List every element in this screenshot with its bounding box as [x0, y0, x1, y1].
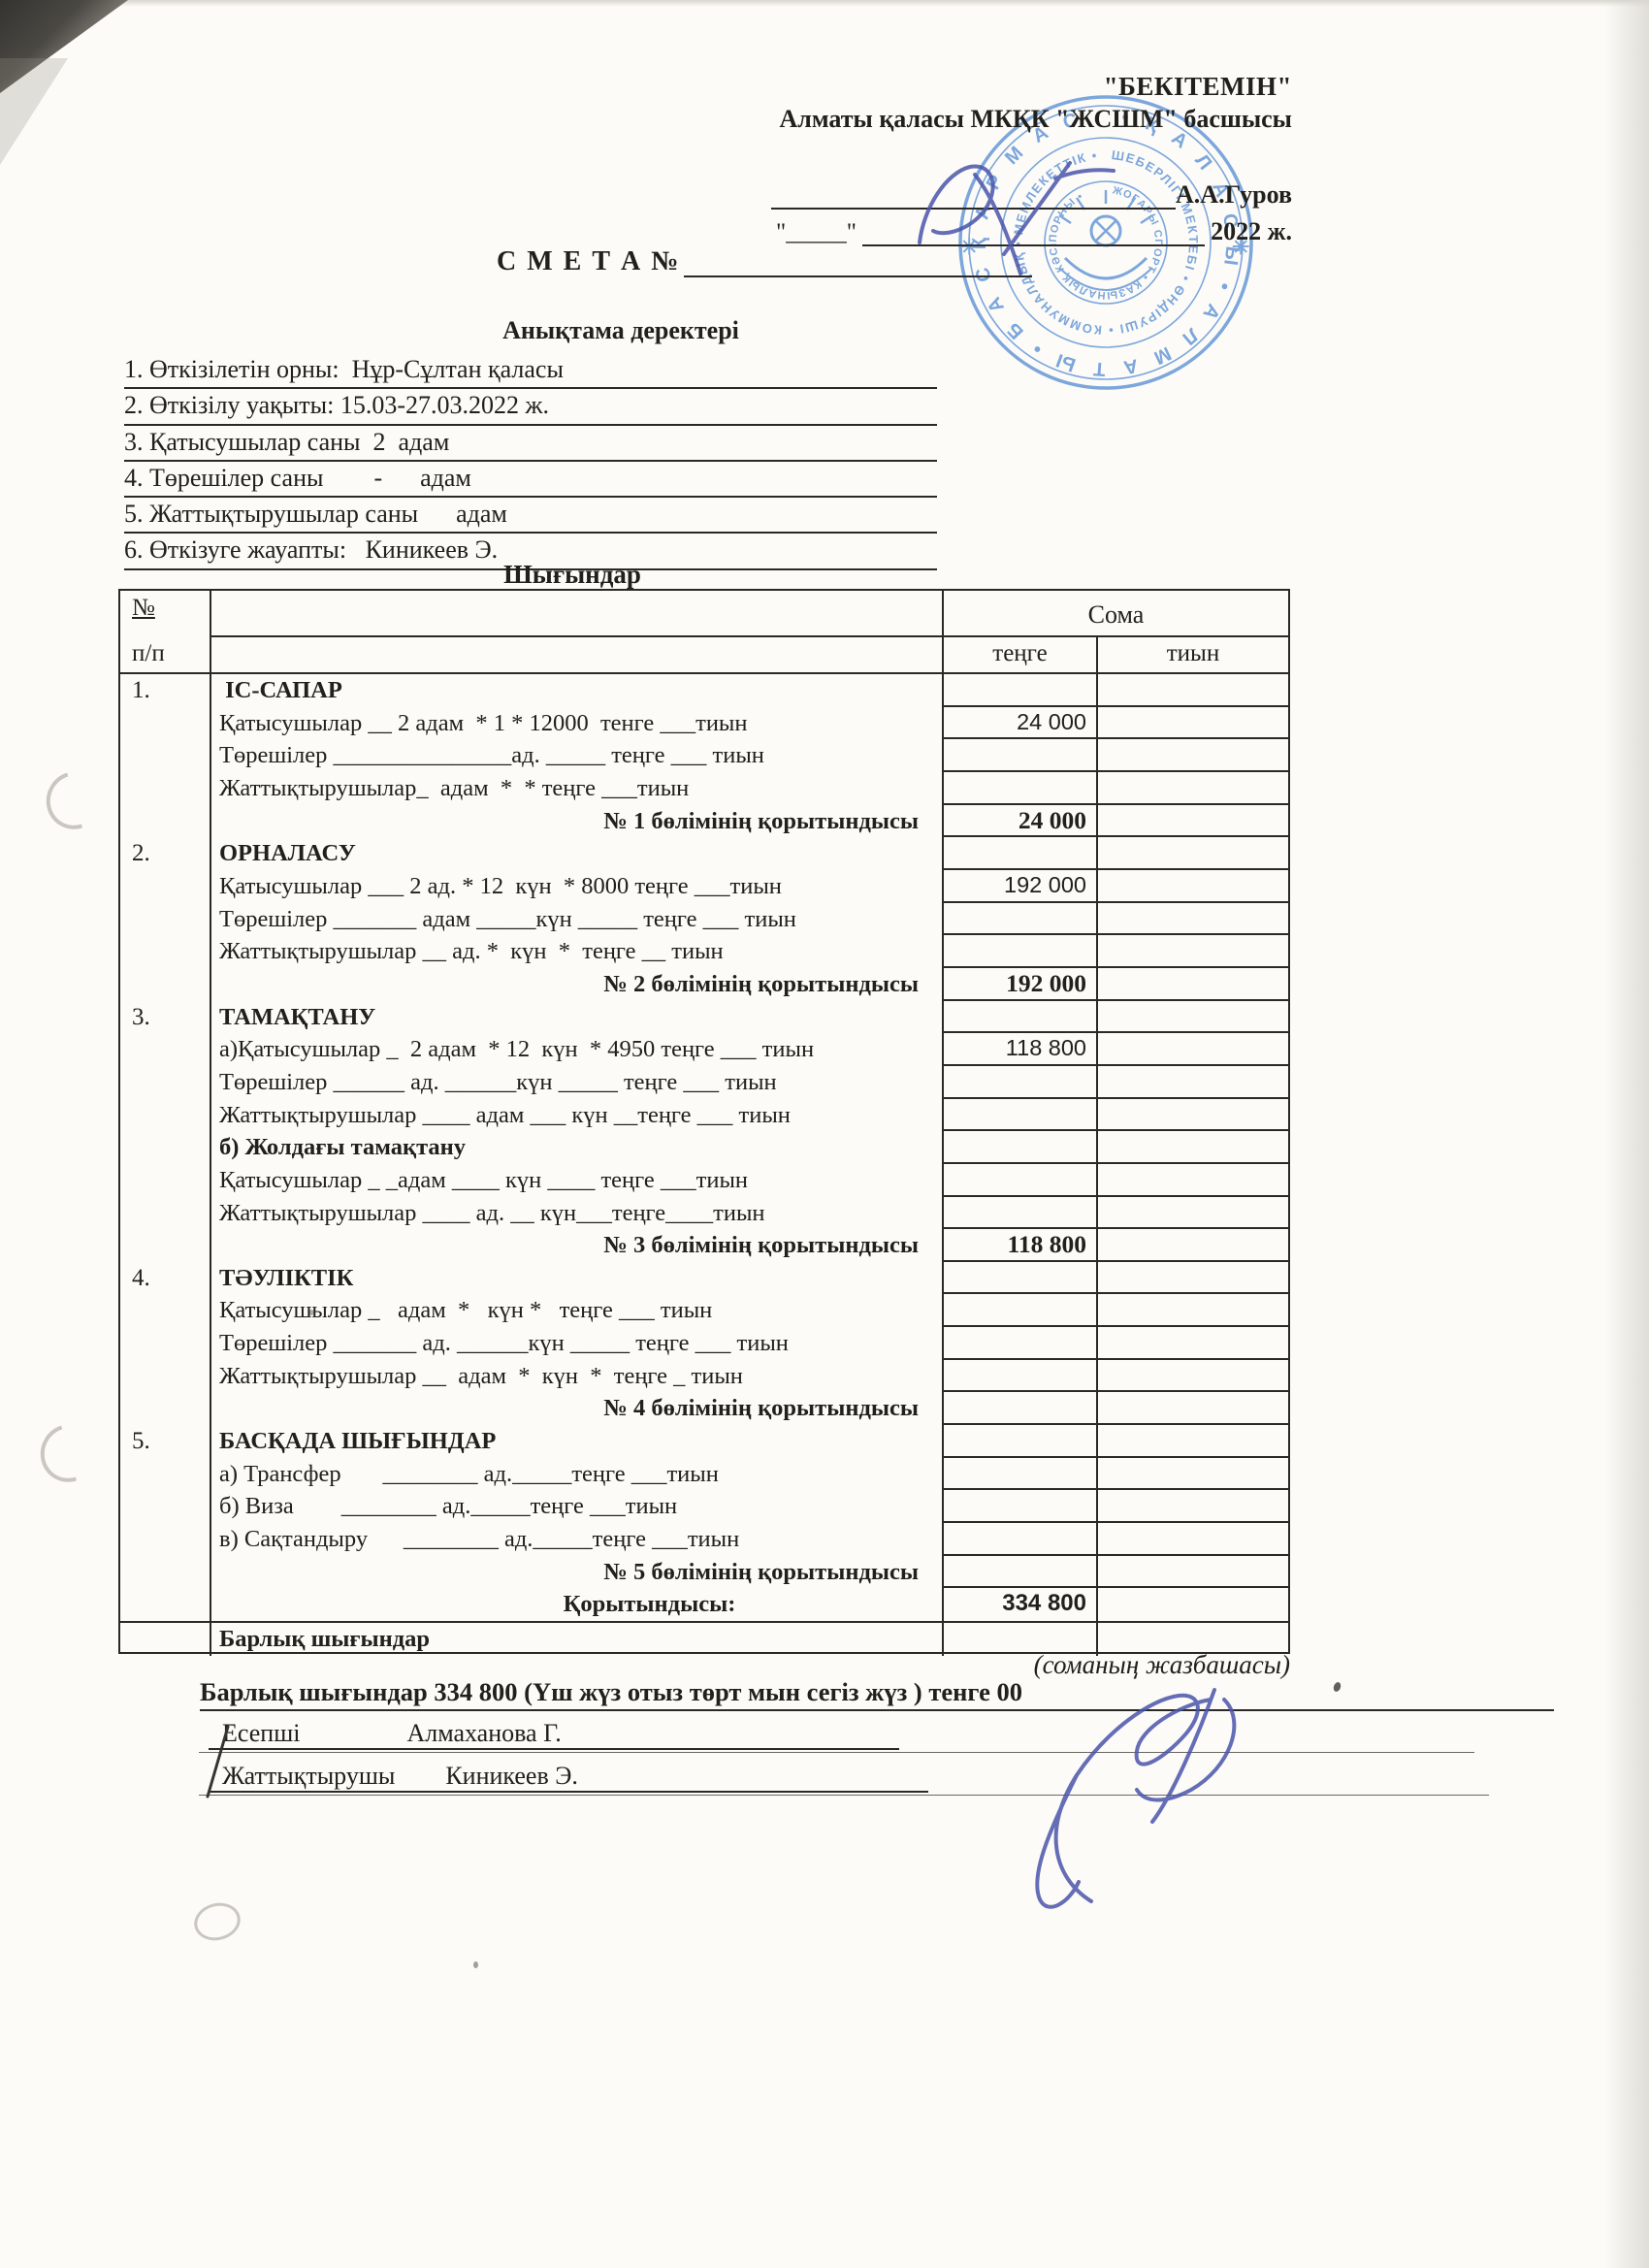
row-number: 3.: [120, 1001, 211, 1034]
info-item: 2. Өткізілу уақыты: 15.03-27.03.2022 ж.: [124, 389, 937, 425]
row-amount-tenge: [944, 1262, 1098, 1295]
document-title: С М Е Т А №: [497, 246, 680, 277]
header-tiyn: тиын: [1098, 637, 1288, 672]
info-item: 3. Қатысушылар саны 2 адам: [124, 426, 937, 462]
row-description: ТАМАҚТАНУ: [211, 1001, 944, 1034]
row-number: [120, 1360, 211, 1393]
document-title-row: С М Е Т А №: [497, 243, 1032, 277]
row-description: Жаттықтырушылар ____ адам ___ күн __теңг…: [211, 1099, 944, 1132]
row-amount-tenge: [944, 1294, 1098, 1327]
header-number-bottom: п/п: [120, 637, 211, 672]
row-amount-tiyn: [1098, 1523, 1288, 1556]
row-number: [120, 805, 211, 838]
accountant-label: Есепші: [209, 1719, 300, 1748]
row-amount-tiyn: [1098, 1588, 1288, 1621]
table-row: Төрешілер ______ ад. ______күн _____ тең…: [120, 1066, 1288, 1099]
row-amount-tiyn: [1098, 935, 1288, 968]
approval-year: 2022 ж.: [1211, 217, 1292, 246]
info-item: 5. Жаттықтырушылар саны адам: [124, 498, 937, 534]
row-number: 4.: [120, 1262, 211, 1295]
row-number: 2.: [120, 837, 211, 870]
row-number: [120, 1392, 211, 1425]
table-row: № 5 бөлімінің қорытындысы: [120, 1556, 1288, 1589]
row-number: [120, 870, 211, 903]
trainer-name: Киникеев Э.: [445, 1762, 578, 1791]
table-row: б) Виза ________ ад._____теңге ___тиын: [120, 1490, 1288, 1523]
row-amount-tenge: [944, 935, 1098, 968]
row-amount-tiyn: [1098, 674, 1288, 707]
expenses-heading: Шығындар: [369, 560, 776, 590]
row-amount-tenge: [944, 1001, 1098, 1034]
row-number: 1.: [120, 674, 211, 707]
table-row: а) Трансфер ________ ад._____теңге ___ти…: [120, 1458, 1288, 1491]
row-amount-tiyn: [1098, 805, 1288, 838]
header-number-top: №: [120, 591, 211, 637]
row-description: № 5 бөлімінің қорытындысы: [211, 1556, 944, 1589]
table-row: 1. ІС-САПАР: [120, 674, 1288, 707]
table-header-row-1: № Сома: [120, 591, 1288, 637]
row-amount-tenge: [944, 1360, 1098, 1393]
table-row: Төрешілер _______ адам _____күн _____ те…: [120, 903, 1288, 936]
row-amount-tenge: 118 800: [944, 1229, 1098, 1262]
row-description: Жаттықтырушылар __ ад. * күн * теңге __ …: [211, 935, 944, 968]
row-amount-tiyn: [1098, 1131, 1288, 1164]
table-row: 3.ТАМАҚТАНУ: [120, 1001, 1288, 1034]
row-description: Қатысушылар _ адам * күн * теңге ___ тиы…: [211, 1294, 944, 1327]
row-amount-tiyn: [1098, 1556, 1288, 1589]
table-row: Төрешілер _______ ад. ______күн _____ те…: [120, 1327, 1288, 1360]
row-amount-tiyn: [1098, 1490, 1288, 1523]
amount-in-words-note: (соманың жазбашасы): [873, 1650, 1290, 1680]
expenses-table-body: 1. ІС-САПАРҚатысушылар __ 2 адам * 1 * 1…: [120, 674, 1288, 1656]
table-row: № 2 бөлімінің қорытындысы192 000: [120, 968, 1288, 1001]
row-amount-tiyn: [1098, 1392, 1288, 1425]
scan-crescent-mark: [36, 761, 113, 839]
row-number: [120, 707, 211, 740]
table-row: Жаттықтырушылар __ адам * күн * теңге _ …: [120, 1360, 1288, 1393]
table-row: Қатысушылар __ 2 адам * 1 * 12000 тенге …: [120, 707, 1288, 740]
row-amount-tenge: 334 800: [944, 1588, 1098, 1621]
row-description: б) Жолдағы тамақтану: [211, 1131, 944, 1164]
table-row: Жаттықтырушылар __ ад. * күн * теңге __ …: [120, 935, 1288, 968]
table-row: 5.БАСҚАДА ШЫҒЫНДАР: [120, 1425, 1288, 1458]
row-amount-tenge: [944, 903, 1098, 936]
row-number: [120, 1066, 211, 1099]
table-row: Қорытындысы:334 800: [120, 1588, 1288, 1621]
info-item: 1. Өткізілетін орны: Нұр-Сұлтан қаласы: [124, 353, 937, 389]
row-amount-tiyn: [1098, 707, 1288, 740]
row-description: Жаттықтырушылар __ адам * күн * теңге _ …: [211, 1360, 944, 1393]
row-amount-tiyn: [1098, 1033, 1288, 1066]
row-number: [120, 903, 211, 936]
row-description: № 3 бөлімінің қорытындысы: [211, 1229, 944, 1262]
row-number: [120, 1033, 211, 1066]
accountant-name: Алмаханова Г.: [406, 1719, 561, 1748]
row-number: [120, 772, 211, 805]
row-amount-tiyn: [1098, 1164, 1288, 1197]
header-sum: Сома: [944, 591, 1288, 637]
scan-ring-mark: [190, 1898, 244, 1945]
table-row: а)Қатысушылар _ 2 адам * 12 күн * 4950 т…: [120, 1033, 1288, 1066]
row-number: [120, 935, 211, 968]
row-number: 5.: [120, 1425, 211, 1458]
header-description-bottom: [211, 637, 944, 672]
scanned-estimate-document: { "approval": { "approve": "\"БЕКІТЕМІН\…: [0, 0, 1649, 2268]
ink-speck: [473, 1961, 478, 1968]
row-number: [120, 1523, 211, 1556]
table-row: 4.ТӘУЛІКТІК: [120, 1262, 1288, 1295]
row-amount-tenge: 118 800: [944, 1033, 1098, 1066]
row-amount-tenge: [944, 1131, 1098, 1164]
row-amount-tiyn: [1098, 837, 1288, 870]
row-description: Жаттықтырушылар ____ ад. __ күн___теңге_…: [211, 1197, 944, 1230]
row-description: ІС-САПАР: [211, 674, 944, 707]
row-amount-tenge: [944, 739, 1098, 772]
table-row: Жаттықтырушылар ____ адам ___ күн __теңг…: [120, 1099, 1288, 1132]
info-section-heading: Анықтама деректері: [369, 316, 873, 345]
row-amount-tenge: [944, 1066, 1098, 1099]
row-description: в) Сақтандыру ________ ад._____теңге ___…: [211, 1523, 944, 1556]
row-description: № 4 бөлімінің қорытындысы: [211, 1392, 944, 1425]
row-amount-tenge: [944, 1556, 1098, 1589]
row-description: № 2 бөлімінің қорытындысы: [211, 968, 944, 1001]
row-description: Қорытындысы:: [211, 1588, 944, 1621]
row-number: [120, 1229, 211, 1262]
row-amount-tiyn: [1098, 1262, 1288, 1295]
table-row: Қатысушылар _ _адам ____ күн ____ теңге …: [120, 1164, 1288, 1197]
row-amount-tiyn: [1098, 1001, 1288, 1034]
scan-top-shadow: [0, 0, 1649, 7]
row-number: [120, 968, 211, 1001]
row-amount-tenge: [944, 1197, 1098, 1230]
row-amount-tiyn: [1098, 870, 1288, 903]
row-amount-tiyn: [1098, 1360, 1288, 1393]
row-amount-tenge: 192 000: [944, 968, 1098, 1001]
row-amount-tenge: [944, 837, 1098, 870]
table-row: Жаттықтырушылар_ адам * * теңге ___тиын: [120, 772, 1288, 805]
row-number: [120, 1556, 211, 1589]
title-number-line: [684, 241, 1032, 277]
trainer-extended-line: [199, 1795, 1489, 1796]
row-amount-tiyn: [1098, 968, 1288, 1001]
row-description: Қатысушылар _ _адам ____ күн ____ теңге …: [211, 1164, 944, 1197]
approver-signature-row: А.А.Гуров: [771, 178, 1292, 210]
row-description: Төрешілер ______ ад. ______күн _____ тең…: [211, 1066, 944, 1099]
row-number: [120, 1197, 211, 1230]
row-number: [120, 1623, 211, 1656]
row-description: а)Қатысушылар _ 2 адам * 12 күн * 4950 т…: [211, 1033, 944, 1066]
trainer-label: Жаттықтырушы: [209, 1762, 395, 1791]
row-description: Жаттықтырушылар_ адам * * теңге ___тиын: [211, 772, 944, 805]
row-amount-tenge: [944, 1425, 1098, 1458]
table-row: Қатысушылар _ адам * күн * теңге ___ тиы…: [120, 1294, 1288, 1327]
row-amount-tiyn: [1098, 1229, 1288, 1262]
row-amount-tenge: [944, 1490, 1098, 1523]
row-number: [120, 1294, 211, 1327]
header-description: [211, 591, 944, 637]
row-number: [120, 1458, 211, 1491]
corner-fold-shade: [0, 58, 87, 165]
row-description: б) Виза ________ ад._____теңге ___тиын: [211, 1490, 944, 1523]
table-row: Төрешілер _______________ад. _____ теңге…: [120, 739, 1288, 772]
row-amount-tiyn: [1098, 1458, 1288, 1491]
row-description: ОРНАЛАСУ: [211, 837, 944, 870]
info-item: 4. Төрешілер саны - адам: [124, 462, 937, 498]
row-description: Қатысушылар __ 2 адам * 1 * 12000 тенге …: [211, 707, 944, 740]
row-number: [120, 1490, 211, 1523]
row-amount-tenge: [944, 1392, 1098, 1425]
accountant-row: Есепші Алмаханова Г.: [209, 1715, 899, 1750]
row-description: Төрешілер _______ адам _____күн _____ те…: [211, 903, 944, 936]
header-tenge: теңге: [944, 637, 1098, 672]
row-amount-tenge: [944, 1458, 1098, 1491]
grand-total-line: Барлық шығындар 334 800 (Үш жүз отыз төр…: [200, 1677, 1554, 1711]
approve-word: "БЕКІТЕМІН": [710, 72, 1292, 102]
row-amount-tenge: 192 000: [944, 870, 1098, 903]
row-number: [120, 1099, 211, 1132]
signature-line: [771, 177, 1176, 210]
row-amount-tenge: [944, 674, 1098, 707]
row-number: [120, 1164, 211, 1197]
row-description: ТӘУЛІКТІК: [211, 1262, 944, 1295]
row-description: БАСҚАДА ШЫҒЫНДАР: [211, 1425, 944, 1458]
table-header-row-2: п/п теңге тиын: [120, 637, 1288, 674]
row-description: Төрешілер _______ ад. ______күн _____ те…: [211, 1327, 944, 1360]
row-number: [120, 1131, 211, 1164]
row-amount-tenge: [944, 772, 1098, 805]
table-row: № 1 бөлімінің қорытындысы24 000: [120, 805, 1288, 838]
approve-org-line: Алматы қаласы МКҚК "ЖСШМ" басшысы: [679, 105, 1292, 134]
row-number: [120, 739, 211, 772]
row-amount-tiyn: [1098, 1294, 1288, 1327]
row-number: [120, 1327, 211, 1360]
row-amount-tiyn: [1098, 1099, 1288, 1132]
row-amount-tiyn: [1098, 903, 1288, 936]
row-description: № 1 бөлімінің қорытындысы: [211, 805, 944, 838]
row-amount-tiyn: [1098, 1197, 1288, 1230]
row-amount-tiyn: [1098, 1425, 1288, 1458]
approver-name: А.А.Гуров: [1176, 180, 1292, 210]
footer-signature: [1056, 1696, 1211, 1901]
table-row: Қатысушылар ___ 2 ад. * 12 күн * 8000 те…: [120, 870, 1288, 903]
row-description: Қатысушылар ___ 2 ад. * 12 күн * 8000 те…: [211, 870, 944, 903]
scan-edge-shadow: [1604, 0, 1649, 2268]
row-description: Барлық шығындар: [211, 1623, 944, 1656]
table-row: № 3 бөлімінің қорытындысы118 800: [120, 1229, 1288, 1262]
row-amount-tiyn: [1098, 1066, 1288, 1099]
row-amount-tenge: [944, 1327, 1098, 1360]
row-amount-tenge: 24 000: [944, 707, 1098, 740]
expenses-table: № Сома п/п теңге тиын 1. ІС-САПАРҚатысуш…: [118, 589, 1290, 1654]
row-description: а) Трансфер ________ ад._____теңге ___ти…: [211, 1458, 944, 1491]
row-amount-tenge: 24 000: [944, 805, 1098, 838]
info-list: 1. Өткізілетін орны: Нұр-Сұлтан қаласы2.…: [124, 353, 937, 570]
accountant-extended-line: [199, 1752, 1474, 1753]
table-row: 2.ОРНАЛАСУ: [120, 837, 1288, 870]
row-description: Төрешілер _______________ад. _____ теңге…: [211, 739, 944, 772]
table-row: № 4 бөлімінің қорытындысы: [120, 1392, 1288, 1425]
trainer-row: Жаттықтырушы Киникеев Э.: [209, 1758, 928, 1793]
table-row: б) Жолдағы тамақтану: [120, 1131, 1288, 1164]
row-amount-tiyn: [1098, 1327, 1288, 1360]
row-amount-tenge: [944, 1099, 1098, 1132]
row-number: [120, 1588, 211, 1621]
table-row: в) Сақтандыру ________ ад._____теңге ___…: [120, 1523, 1288, 1556]
row-amount-tenge: [944, 1523, 1098, 1556]
row-amount-tiyn: [1098, 772, 1288, 805]
scan-crescent-mark: [30, 1414, 107, 1492]
row-amount-tenge: [944, 1164, 1098, 1197]
table-row: Жаттықтырушылар ____ ад. __ күн___теңге_…: [120, 1197, 1288, 1230]
row-amount-tiyn: [1098, 739, 1288, 772]
